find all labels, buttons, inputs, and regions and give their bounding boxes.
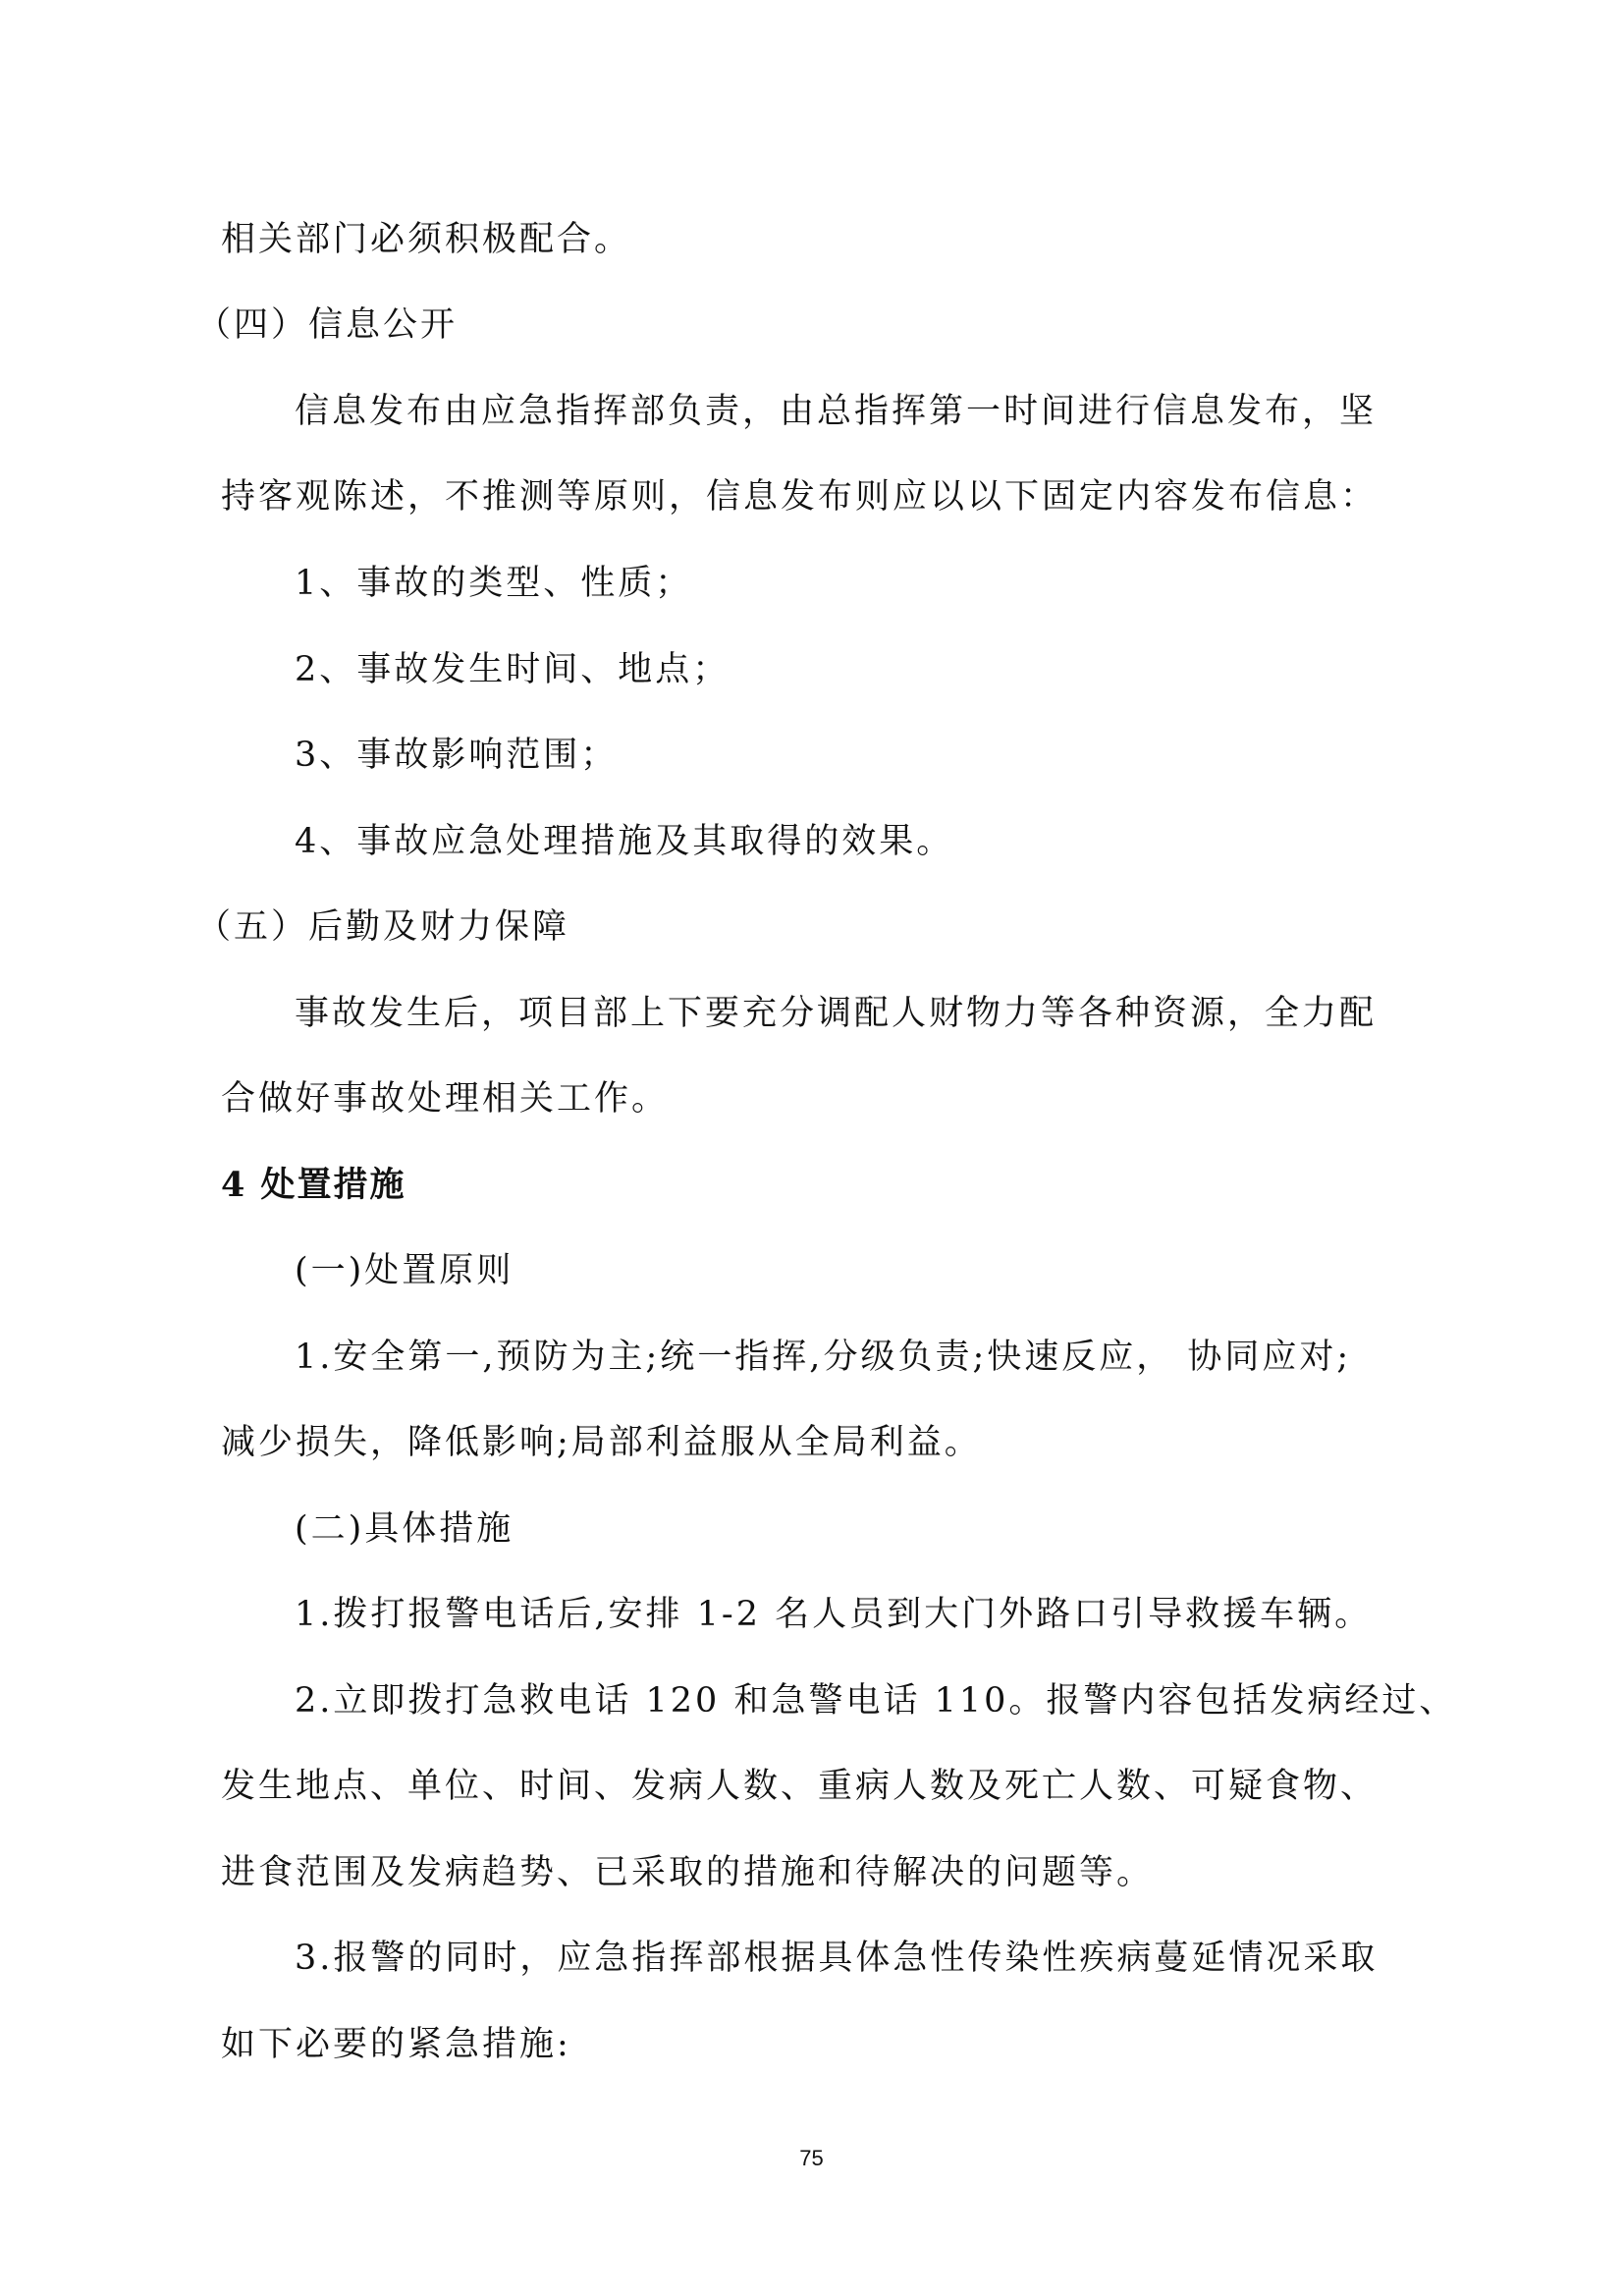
chapter-heading-measures: 4 处置措施 [221, 1164, 406, 1207]
section-heading-logistics: （五）后勤及财力保障 [196, 905, 569, 949]
list-item-2: 2、事故发生时间、地点； [295, 648, 730, 691]
section-heading-info-disclosure: （四）信息公开 [196, 303, 458, 347]
paragraph-principles-cont: 减少损失，降低影响;局部利益服从全局利益。 [221, 1421, 982, 1464]
measure-item-3: 3.报警的同时，应急指挥部根据具体急性传染性疾病蔓延情况采取 [295, 1937, 1378, 1980]
paragraph-continuation: 相关部门必须积极配合。 [221, 218, 631, 261]
paragraph-logistics-cont: 合做好事故处理相关工作。 [221, 1077, 669, 1121]
list-item-3: 3、事故影响范围； [295, 734, 618, 777]
paragraph-info-release: 信息发布由应急指挥部负责，由总指挥第一时间进行信息发布，坚 [295, 390, 1377, 433]
list-item-4: 4、事故应急处理措施及其取得的效果。 [295, 820, 953, 863]
measure-item-1: 1.拨打报警电话后,安排 1-2 名人员到大门外路口引导救援车辆。 [295, 1593, 1372, 1636]
list-item-1: 1、事故的类型、性质； [295, 562, 692, 605]
measure-item-2-cont-a: 发生地点、单位、时间、发病人数、重病人数及死亡人数、可疑食物、 [221, 1765, 1378, 1808]
measure-item-2: 2.立即拨打急救电话 120 和急警电话 110。报警内容包括发病经过、 [295, 1679, 1456, 1722]
subheading-specific-measures: (二)具体措施 [295, 1507, 514, 1551]
measure-item-2-cont-b: 进食范围及发病趋势、已采取的措施和待解决的问题等。 [221, 1851, 1154, 1894]
paragraph-logistics: 事故发生后，项目部上下要充分调配人财物力等各种资源，全力配 [295, 992, 1377, 1035]
page-number: 75 [0, 2146, 1623, 2171]
measure-item-3-cont: 如下必要的紧急措施: [221, 2023, 571, 2066]
paragraph-info-release-cont: 持客观陈述，不推测等原则，信息发布则应以以下固定内容发布信息： [221, 475, 1378, 519]
subheading-principles: (一)处置原则 [295, 1249, 514, 1292]
paragraph-principles: 1.安全第一,预防为主;统一指挥,分级负责;快速反应， 协同应对; [295, 1336, 1351, 1379]
